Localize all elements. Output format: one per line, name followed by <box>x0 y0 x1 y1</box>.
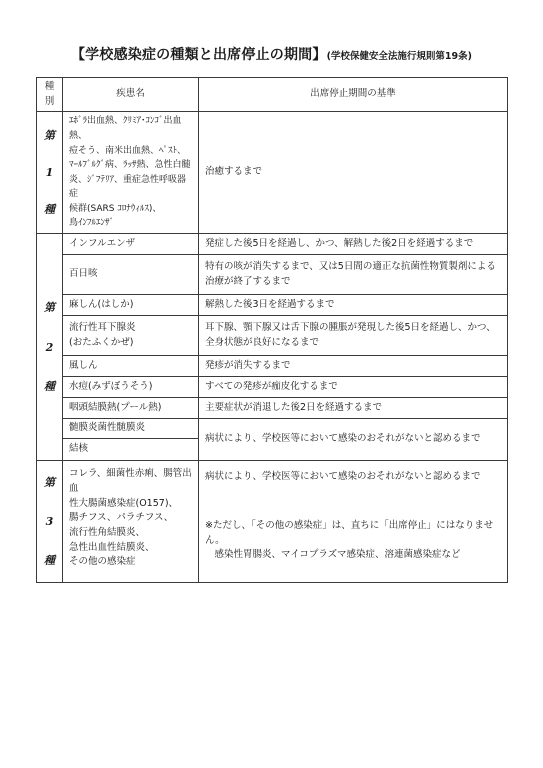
criteria-cell: すべての発疹が痂皮化するまで <box>199 377 508 398</box>
disease-cell: 流行性耳下腺炎 (おたふくかぜ) <box>63 316 199 356</box>
header-criteria: 出席停止期間の基準 <box>199 78 508 112</box>
category-cell-2: 第 2 種 <box>37 234 63 461</box>
infectious-disease-table: 種 別 疾患名 出席停止期間の基準 第 1 種 ｴﾎﾞﾗ出血熱、ｸﾘﾐｱ･ｺﾝｺ… <box>36 77 508 583</box>
criteria-cell: 特有の咳が消失するまで、又は5日間の適正な抗菌性物質製剤による治療が終了するまで <box>199 255 508 295</box>
category-char: 第 <box>44 127 55 144</box>
criteria-cell: 主要症状が消退した後2日を経過するまで <box>199 398 508 419</box>
document-page: 【学校感染症の種類と出席停止の期間】(学校保健安全法施行規則第19条) 種 別 … <box>0 0 543 768</box>
category-char: 第 <box>44 299 55 316</box>
table-row: 第 2 種 インフルエンザ 発症した後5日を経過し、かつ、解熱した後2日を経過す… <box>37 234 508 255</box>
category-cell-1: 第 1 種 <box>37 112 63 234</box>
disease-cell: 風しん <box>63 356 199 377</box>
header-disease: 疾患名 <box>63 78 199 112</box>
table-row: 髄膜炎菌性髄膜炎 病状により、学校医等において感染のおそれがないと認めるまで <box>37 419 508 439</box>
disease-cell: 咽頭結膜熱(プール熱) <box>63 398 199 419</box>
category-label-1: 第 1 種 <box>37 127 62 218</box>
header-row: 種 別 疾患名 出席停止期間の基準 <box>37 78 508 112</box>
category-label-2: 第 2 種 <box>37 299 62 394</box>
criteria-cell: 発疹が消失するまで <box>199 356 508 377</box>
disease-cell: 水痘(みずぼうそう) <box>63 377 199 398</box>
table-row-section3: 第 3 種 コレラ、細菌性赤痢、腸管出血 性大腸菌感染症(O157)、 腸チフス… <box>37 461 508 583</box>
criteria-cell: 病状により、学校医等において感染のおそれがないと認めるまで ※ただし、「その他の… <box>199 461 508 583</box>
disease-cell: 髄膜炎菌性髄膜炎 <box>63 419 199 439</box>
table-row: 風しん 発疹が消失するまで <box>37 356 508 377</box>
disease-cell: 結核 <box>63 439 199 461</box>
category-char: 種 <box>44 378 55 395</box>
table-row-section1: 第 1 種 ｴﾎﾞﾗ出血熱、ｸﾘﾐｱ･ｺﾝｺﾞ出血熱、 痘そう、南米出血熱、ﾍﾟ… <box>37 112 508 234</box>
page-title: 【学校感染症の種類と出席停止の期間】(学校保健安全法施行規則第19条) <box>0 0 543 64</box>
disease-cell: 百日咳 <box>63 255 199 295</box>
disease-cell: コレラ、細菌性赤痢、腸管出血 性大腸菌感染症(O157)、 腸チフス、パラチフス… <box>63 461 199 583</box>
table-row: 流行性耳下腺炎 (おたふくかぜ) 耳下腺、顎下腺又は舌下腺の腫脹が発現した後5日… <box>37 316 508 356</box>
criteria-main-text: 病状により、学校医等において感染のおそれがないと認めるまで <box>205 470 501 485</box>
header-category: 種 別 <box>37 78 63 112</box>
category-char: 3 <box>46 513 54 530</box>
criteria-cell-merged: 病状により、学校医等において感染のおそれがないと認めるまで <box>199 419 508 461</box>
table-row: 百日咳 特有の咳が消失するまで、又は5日間の適正な抗菌性物質製剤による治療が終了… <box>37 255 508 295</box>
disease-cell: インフルエンザ <box>63 234 199 255</box>
category-char: 1 <box>46 164 54 181</box>
category-cell-3: 第 3 種 <box>37 461 63 583</box>
category-char: 種 <box>44 552 55 569</box>
category-char: 第 <box>44 474 55 491</box>
page-title-sub: (学校保健安全法施行規則第19条) <box>327 51 472 62</box>
category-char: 2 <box>46 339 54 356</box>
criteria-cell: 解熱した後3日を経過するまで <box>199 295 508 316</box>
criteria-cell: 発症した後5日を経過し、かつ、解熱した後2日を経過するまで <box>199 234 508 255</box>
table-row: 咽頭結膜熱(プール熱) 主要症状が消退した後2日を経過するまで <box>37 398 508 419</box>
disease-cell: 麻しん(はしか) <box>63 295 199 316</box>
table-row: 水痘(みずぼうそう) すべての発疹が痂皮化するまで <box>37 377 508 398</box>
category-label-3: 第 3 種 <box>37 474 62 569</box>
disease-cell: ｴﾎﾞﾗ出血熱、ｸﾘﾐｱ･ｺﾝｺﾞ出血熱、 痘そう、南米出血熱、ﾍﾟｽﾄ、 ﾏｰ… <box>63 112 199 234</box>
criteria-cell: 治癒するまで <box>199 112 508 234</box>
category-char: 種 <box>44 201 55 218</box>
criteria-cell: 耳下腺、顎下腺又は舌下腺の腫脹が発現した後5日を経過し、かつ、全身状態が良好にな… <box>199 316 508 356</box>
criteria-note-text: ※ただし、「その他の感染症」は、直ちに「出席停止」にはなりません。 感染性胃腸炎… <box>205 519 501 563</box>
page-title-main: 【学校感染症の種類と出席停止の期間】 <box>71 47 327 63</box>
table-row: 麻しん(はしか) 解熱した後3日を経過するまで <box>37 295 508 316</box>
